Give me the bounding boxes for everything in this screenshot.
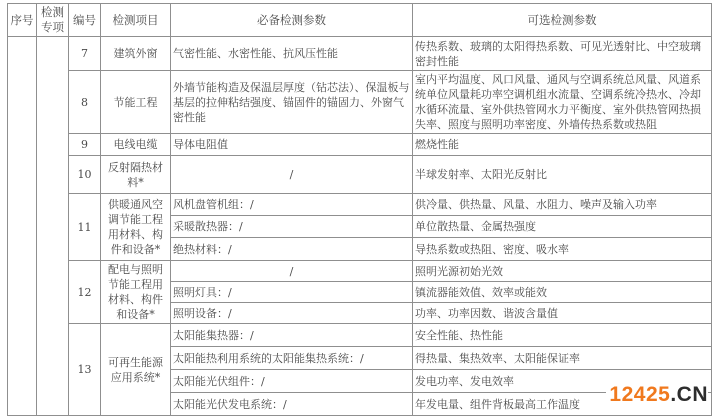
cell-serial-merged (8, 37, 37, 416)
cell-required: 太阳能热利用系统的太阳能集热系统：/ (171, 347, 413, 370)
cell-required: 照明设备：/ (171, 303, 413, 324)
cell-optional: 安全性能、热性能 (413, 324, 712, 347)
cell-optional: 功率、功率因数、谐波含量值 (413, 303, 712, 324)
table-row: 12 配电与照明节能工程用材料、构件和设备* / 照明光源初始光效 (8, 261, 712, 282)
table-row: 10 反射隔热材料* / 半球发射率、太阳光反射比 (8, 156, 712, 194)
cell-special-merged (37, 37, 69, 416)
cell-optional: 得热量、集热效率、太阳能保证率 (413, 347, 712, 370)
cell-no: 9 (69, 134, 101, 156)
watermark-suffix: .CN (670, 383, 708, 406)
cell-required: 外墙节能构造及保温层厚度（钻芯法）、保温板与基层的拉伸粘结强度、锚固件的锚固力、… (171, 71, 413, 134)
cell-required: / (171, 156, 413, 194)
cell-required: 采暖散热器：/ (171, 216, 413, 238)
cell-item: 可再生能源应用系统* (101, 324, 171, 416)
cell-required: 绝热材料：/ (171, 238, 413, 261)
table-row: 9 电线电缆 导体电阻值 燃烧性能 (8, 134, 712, 156)
cell-no: 8 (69, 71, 101, 134)
cell-item: 供暖通风空调节能工程用材料、构件和设备* (101, 194, 171, 261)
cell-item: 节能工程 (101, 71, 171, 134)
watermark-number: 12425 (609, 383, 670, 406)
table-row: 8 节能工程 外墙节能构造及保温层厚度（钻芯法）、保温板与基层的拉伸粘结强度、锚… (8, 71, 712, 134)
cell-optional: 镇流器能效值、效率或能效 (413, 282, 712, 303)
cell-item: 建筑外窗 (101, 37, 171, 71)
table-row: 7 建筑外窗 气密性能、水密性能、抗风压性能 传热系数、玻璃的太阳得热系数、可见… (8, 37, 712, 71)
cell-required: 风机盘管机组：/ (171, 194, 413, 216)
cell-optional: 照明光源初始光效 (413, 261, 712, 282)
cell-required: 照明灯具：/ (171, 282, 413, 303)
cell-no: 7 (69, 37, 101, 71)
cell-required: 气密性能、水密性能、抗风压性能 (171, 37, 413, 71)
header-special: 检测专项 (37, 4, 69, 37)
cell-no: 13 (69, 324, 101, 416)
site-watermark: 12425.CN (606, 384, 708, 405)
table-header-row: 序号 检测专项 编号 检测项目 必备检测参数 可选检测参数 (8, 4, 712, 37)
cell-optional: 单位散热量、金属热强度 (413, 216, 712, 238)
cell-item: 电线电缆 (101, 134, 171, 156)
cell-no: 11 (69, 194, 101, 261)
cell-required: 太阳能集热器：/ (171, 324, 413, 347)
cell-optional: 室内平均温度、风口风量、通风与空调系统总风量、风道系统单位风量耗功率空调机组水流… (413, 71, 712, 134)
table-row: 11 供暖通风空调节能工程用材料、构件和设备* 风机盘管机组：/ 供冷量、供热量… (8, 194, 712, 216)
cell-item: 配电与照明节能工程用材料、构件和设备* (101, 261, 171, 324)
header-no: 编号 (69, 4, 101, 37)
cell-required: 太阳能光伏发电系统：/ (171, 393, 413, 416)
header-required: 必备检测参数 (171, 4, 413, 37)
cell-optional: 半球发射率、太阳光反射比 (413, 156, 712, 194)
cell-no: 10 (69, 156, 101, 194)
cell-optional: 燃烧性能 (413, 134, 712, 156)
cell-required: 导体电阻值 (171, 134, 413, 156)
cell-optional: 传热系数、玻璃的太阳得热系数、可见光透射比、中空玻璃密封性能 (413, 37, 712, 71)
table-row: 13 可再生能源应用系统* 太阳能集热器：/ 安全性能、热性能 (8, 324, 712, 347)
cell-item: 反射隔热材料* (101, 156, 171, 194)
cell-required: / (171, 261, 413, 282)
detection-parameters-table: 序号 检测专项 编号 检测项目 必备检测参数 可选检测参数 7 建筑外窗 气密性… (7, 3, 712, 416)
header-optional: 可选检测参数 (413, 4, 712, 37)
cell-optional: 导热系数或热阻、密度、吸水率 (413, 238, 712, 261)
cell-optional: 供冷量、供热量、风量、水阻力、噪声及输入功率 (413, 194, 712, 216)
header-serial: 序号 (8, 4, 37, 37)
header-item: 检测项目 (101, 4, 171, 37)
cell-no: 12 (69, 261, 101, 324)
cell-required: 太阳能光伏组件：/ (171, 370, 413, 393)
